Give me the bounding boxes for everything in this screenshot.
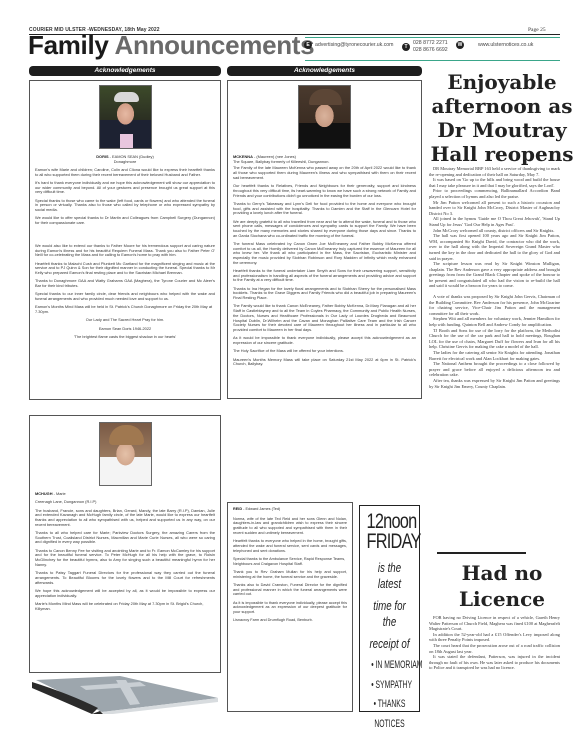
life-dates: Eamon Sean Doris 1946-2022 [35, 327, 215, 332]
article-body-licence: FOR having no Driving Licence in respect… [429, 615, 560, 671]
email-contact[interactable]: E advertising@tyronecourier.uk.com [304, 41, 394, 49]
page-number: Page 25 [528, 27, 546, 33]
bible-icon [30, 674, 220, 714]
photo-mchugh [99, 422, 152, 486]
phone-contact[interactable]: T 028 8772 2271 028 8676 6692 [402, 40, 448, 54]
contact-rule-top [305, 37, 560, 38]
notice-mchugh: MCHUGH - Marie Creenagh Lane, Dungannon … [29, 415, 221, 673]
title-announcements: Announcements [115, 30, 315, 60]
notice-heading: REID - Edward James (Ted) [233, 507, 347, 512]
notice-mckenna: MCKENNA - (Maureen) (nee Jones)The Squar… [227, 80, 422, 399]
notice-heading: DORIS - EAMON SEAN (Dudley)Donaghmore [35, 155, 215, 164]
section-header-left: Acknowledgements [29, 66, 221, 76]
deadline-notice-box: 12noon FRIDAY is the latest time for the… [359, 505, 420, 712]
notice-heading: MCHUGH - Marie [35, 492, 215, 497]
notice-doris: DORIS - EAMON SEAN (Dudley)Donaghmore Ea… [29, 80, 221, 240]
memorial-quote: 'The brightest flame casts the biggest s… [35, 335, 215, 340]
title-family: Family [28, 30, 109, 60]
email-address[interactable]: advertising@tyronecourier.uk.com [315, 42, 394, 48]
article-headline-moutray: Enjoyable afternoon as Dr Moutray Hall r… [428, 70, 576, 166]
notice-doris-cont: We would also like to extend our thanks … [29, 238, 221, 400]
notice-heading: MCKENNA - (Maureen) (nee Jones)The Squar… [233, 155, 416, 164]
email-icon: E [304, 41, 312, 49]
phone-number-1[interactable]: 028 8772 2271 [413, 40, 448, 47]
photo-doris [99, 85, 152, 149]
website-link[interactable]: www.ulsternotices.co.uk [478, 42, 533, 48]
section-header-middle: Acknowledgements [227, 66, 422, 76]
photo-mckenna [298, 85, 351, 149]
web-contact[interactable]: W www.ulsternotices.co.uk [456, 41, 533, 49]
article-body-moutray: DR Moutray Memorial RBP 163 held a servi… [429, 166, 560, 389]
phone-icon: T [402, 43, 410, 51]
page-title: Family Announcements [28, 32, 314, 58]
prayer-line: Our Lady and The Sacred Heart Pray for h… [35, 318, 215, 323]
phone-number-2[interactable]: 028 8676 6692 [413, 47, 448, 54]
notice-reid: REID - Edward James (Ted) Norma, wife of… [227, 502, 353, 712]
article-divider [437, 552, 526, 554]
contact-rule-bottom [305, 60, 560, 61]
web-icon: W [456, 41, 464, 49]
article-headline-licence: Had no Licence [428, 560, 576, 612]
